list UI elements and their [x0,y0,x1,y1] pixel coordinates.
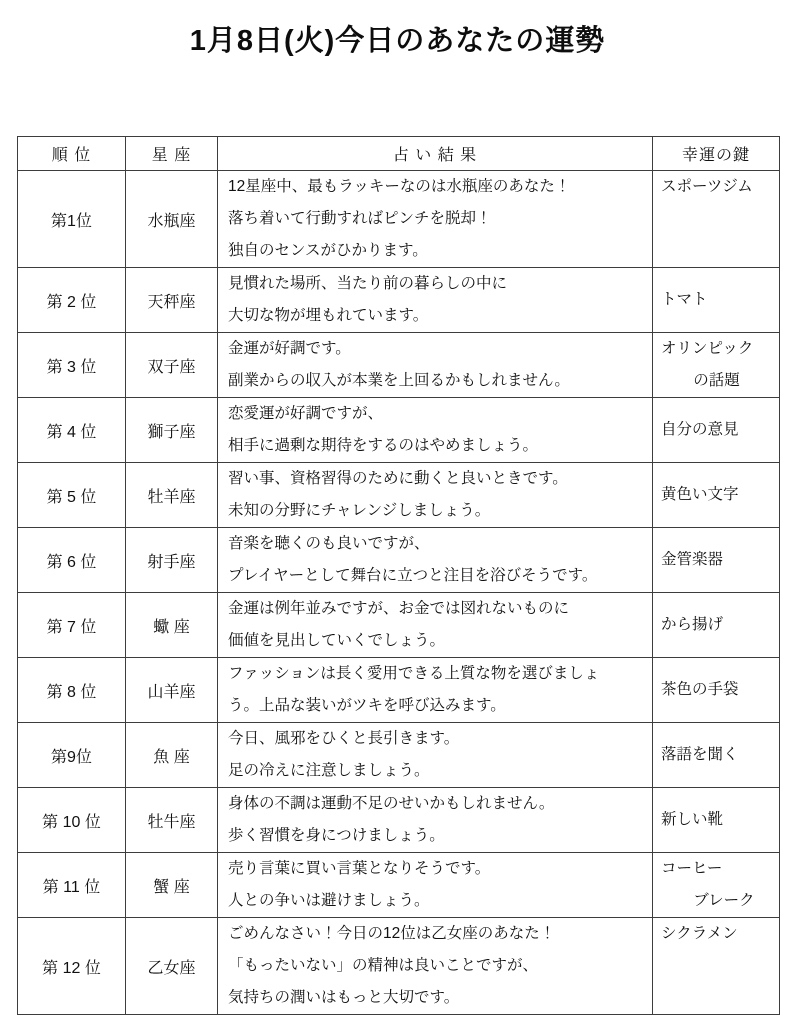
fortune-line: ファッションは長く愛用できる上質な物を選びましょ [218,658,652,690]
lucky-line: オリンピック [653,333,779,365]
fortune-cell: ファッションは長く愛用できる上質な物を選びましょ う。上品な装いがツキを呼び込み… [218,658,653,723]
header-result: 占 い 結 果 [218,137,653,171]
fortune-line: 価値を見出していくでしょう。 [218,625,652,657]
lucky-line: ブレーク [653,885,779,917]
lucky-line: 新しい靴 [653,804,779,836]
fortune-line: 金運が好調です。 [218,333,652,365]
fortune-cell: 見慣れた場所、当たり前の暮らしの中に 大切な物が埋もれています。 [218,268,653,333]
rank-cell: 第 12 位 [18,918,126,1015]
rank-cell: 第 6 位 [18,528,126,593]
rank-cell: 第 2 位 [18,268,126,333]
table-row: 第9位 魚 座 今日、風邪をひくと長引きます。 足の冷えに注意しましょう。 落語… [18,723,780,788]
lucky-line: 茶色の手袋 [653,674,779,706]
fortune-cell: 恋愛運が好調ですが、 相手に過剰な期待をするのはやめましょう。 [218,398,653,463]
table-row: 第 6 位 射手座 音楽を聴くのも良いですが、 プレイヤーとして舞台に立つと注目… [18,528,780,593]
sign-cell: 乙女座 [126,918,218,1015]
table-row: 第 8 位 山羊座 ファッションは長く愛用できる上質な物を選びましょ う。上品な… [18,658,780,723]
sign-cell: 蠍 座 [126,593,218,658]
lucky-line: シクラメン [653,918,779,950]
table-row: 第 5 位 牡羊座 習い事、資格習得のために動くと良いときです。 未知の分野にチ… [18,463,780,528]
fortune-line: 大切な物が埋もれています。 [218,300,652,332]
rank-cell: 第 11 位 [18,853,126,918]
lucky-line: 黄色い文字 [653,479,779,511]
table-row: 第 7 位 蠍 座 金運は例年並みですが、お金では図れないものに 価値を見出して… [18,593,780,658]
fortune-line: 落ち着いて行動すればピンチを脱却！ [218,203,652,235]
fortune-line: 見慣れた場所、当たり前の暮らしの中に [218,268,652,300]
fortune-line: 12星座中、最もラッキーなのは水瓶座のあなた！ [218,171,652,203]
fortune-cell: 今日、風邪をひくと長引きます。 足の冷えに注意しましょう。 [218,723,653,788]
lucky-cell: 自分の意見 [653,398,780,463]
sign-cell: 蟹 座 [126,853,218,918]
sign-cell: 双子座 [126,333,218,398]
fortune-line: 相手に過剰な期待をするのはやめましょう。 [218,430,652,462]
sign-cell: 水瓶座 [126,171,218,268]
table-row: 第 10 位 牡牛座 身体の不調は運動不足のせいかもしれません。 歩く習慣を身に… [18,788,780,853]
lucky-cell: 落語を聞く [653,723,780,788]
fortune-line: 今日、風邪をひくと長引きます。 [218,723,652,755]
lucky-line: 落語を聞く [653,739,779,771]
lucky-cell: コーヒー ブレーク [653,853,780,918]
fortune-line: 人との争いは避けましょう。 [218,885,652,917]
lucky-line: コーヒー [653,853,779,885]
fortune-cell: 習い事、資格習得のために動くと良いときです。 未知の分野にチャレンジしましょう。 [218,463,653,528]
header-lucky: 幸運の鍵 [653,137,780,171]
fortune-line: 気持ちの潤いはもっと大切です。 [218,982,652,1014]
lucky-line: トマト [653,284,779,316]
lucky-cell: 黄色い文字 [653,463,780,528]
sign-cell: 獅子座 [126,398,218,463]
horoscope-table: 順 位 星 座 占 い 結 果 幸運の鍵 第1位 水瓶座 12星座中、最もラッキ… [17,136,780,1015]
header-row: 順 位 星 座 占 い 結 果 幸運の鍵 [18,137,780,171]
lucky-cell: シクラメン [653,918,780,1015]
rank-cell: 第 4 位 [18,398,126,463]
fortune-cell: ごめんなさい！今日の12位は乙女座のあなた！ 「もったいない」の精神は良いことで… [218,918,653,1015]
lucky-line: から揚げ [653,609,779,641]
sign-cell: 魚 座 [126,723,218,788]
fortune-cell: 金運が好調です。 副業からの収入が本業を上回るかもしれません。 [218,333,653,398]
header-rank: 順 位 [18,137,126,171]
rank-cell: 第9位 [18,723,126,788]
table-row: 第 4 位 獅子座 恋愛運が好調ですが、 相手に過剰な期待をするのはやめましょう… [18,398,780,463]
sign-cell: 牡羊座 [126,463,218,528]
fortune-line: 売り言葉に買い言葉となりそうです。 [218,853,652,885]
table-row: 第1位 水瓶座 12星座中、最もラッキーなのは水瓶座のあなた！ 落ち着いて行動す… [18,171,780,268]
fortune-cell: 身体の不調は運動不足のせいかもしれません。 歩く習慣を身につけましょう。 [218,788,653,853]
lucky-line: 自分の意見 [653,414,779,446]
fortune-line: 恋愛運が好調ですが、 [218,398,652,430]
table-row: 第 11 位 蟹 座 売り言葉に買い言葉となりそうです。 人との争いは避けましょ… [18,853,780,918]
fortune-cell: 音楽を聴くのも良いですが、 プレイヤーとして舞台に立つと注目を浴びそうです。 [218,528,653,593]
lucky-cell: トマト [653,268,780,333]
lucky-line: の話題 [653,365,779,397]
rank-cell: 第 7 位 [18,593,126,658]
document-page: 1月8日(火)今日のあなたの運勢 順 位 星 座 占 い 結 果 幸運の鍵 第1… [0,0,795,1024]
lucky-cell: 金管楽器 [653,528,780,593]
rank-cell: 第1位 [18,171,126,268]
rank-cell: 第 3 位 [18,333,126,398]
fortune-line: 音楽を聴くのも良いですが、 [218,528,652,560]
fortune-line: 未知の分野にチャレンジしましょう。 [218,495,652,527]
lucky-cell: から揚げ [653,593,780,658]
fortune-line: 足の冷えに注意しましょう。 [218,755,652,787]
fortune-line: 「もったいない」の精神は良いことですが、 [218,950,652,982]
header-sign: 星 座 [126,137,218,171]
sign-cell: 射手座 [126,528,218,593]
fortune-line: 歩く習慣を身につけましょう。 [218,820,652,852]
rank-cell: 第 10 位 [18,788,126,853]
fortune-cell: 12星座中、最もラッキーなのは水瓶座のあなた！ 落ち着いて行動すればピンチを脱却… [218,171,653,268]
lucky-line: スポーツジム [653,171,779,203]
lucky-cell: 茶色の手袋 [653,658,780,723]
lucky-cell: 新しい靴 [653,788,780,853]
sign-cell: 天秤座 [126,268,218,333]
table-row: 第 2 位 天秤座 見慣れた場所、当たり前の暮らしの中に 大切な物が埋もれていま… [18,268,780,333]
fortune-line: 身体の不調は運動不足のせいかもしれません。 [218,788,652,820]
fortune-line: 習い事、資格習得のために動くと良いときです。 [218,463,652,495]
table-row: 第 3 位 双子座 金運が好調です。 副業からの収入が本業を上回るかもしれません… [18,333,780,398]
fortune-line: 金運は例年並みですが、お金では図れないものに [218,593,652,625]
lucky-cell: スポーツジム [653,171,780,268]
fortune-cell: 金運は例年並みですが、お金では図れないものに 価値を見出していくでしょう。 [218,593,653,658]
rank-cell: 第 8 位 [18,658,126,723]
sign-cell: 牡牛座 [126,788,218,853]
sign-cell: 山羊座 [126,658,218,723]
fortune-line: 副業からの収入が本業を上回るかもしれません。 [218,365,652,397]
rank-cell: 第 5 位 [18,463,126,528]
table-row: 第 12 位 乙女座 ごめんなさい！今日の12位は乙女座のあなた！ 「もったいな… [18,918,780,1015]
page-title: 1月8日(火)今日のあなたの運勢 [0,0,795,59]
fortune-line: プレイヤーとして舞台に立つと注目を浴びそうです。 [218,560,652,592]
fortune-line: う。上品な装いがツキを呼び込みます。 [218,690,652,722]
fortune-line: 独自のセンスがひかります。 [218,235,652,267]
lucky-cell: オリンピック の話題 [653,333,780,398]
lucky-line: 金管楽器 [653,544,779,576]
fortune-cell: 売り言葉に買い言葉となりそうです。 人との争いは避けましょう。 [218,853,653,918]
fortune-line: ごめんなさい！今日の12位は乙女座のあなた！ [218,918,652,950]
